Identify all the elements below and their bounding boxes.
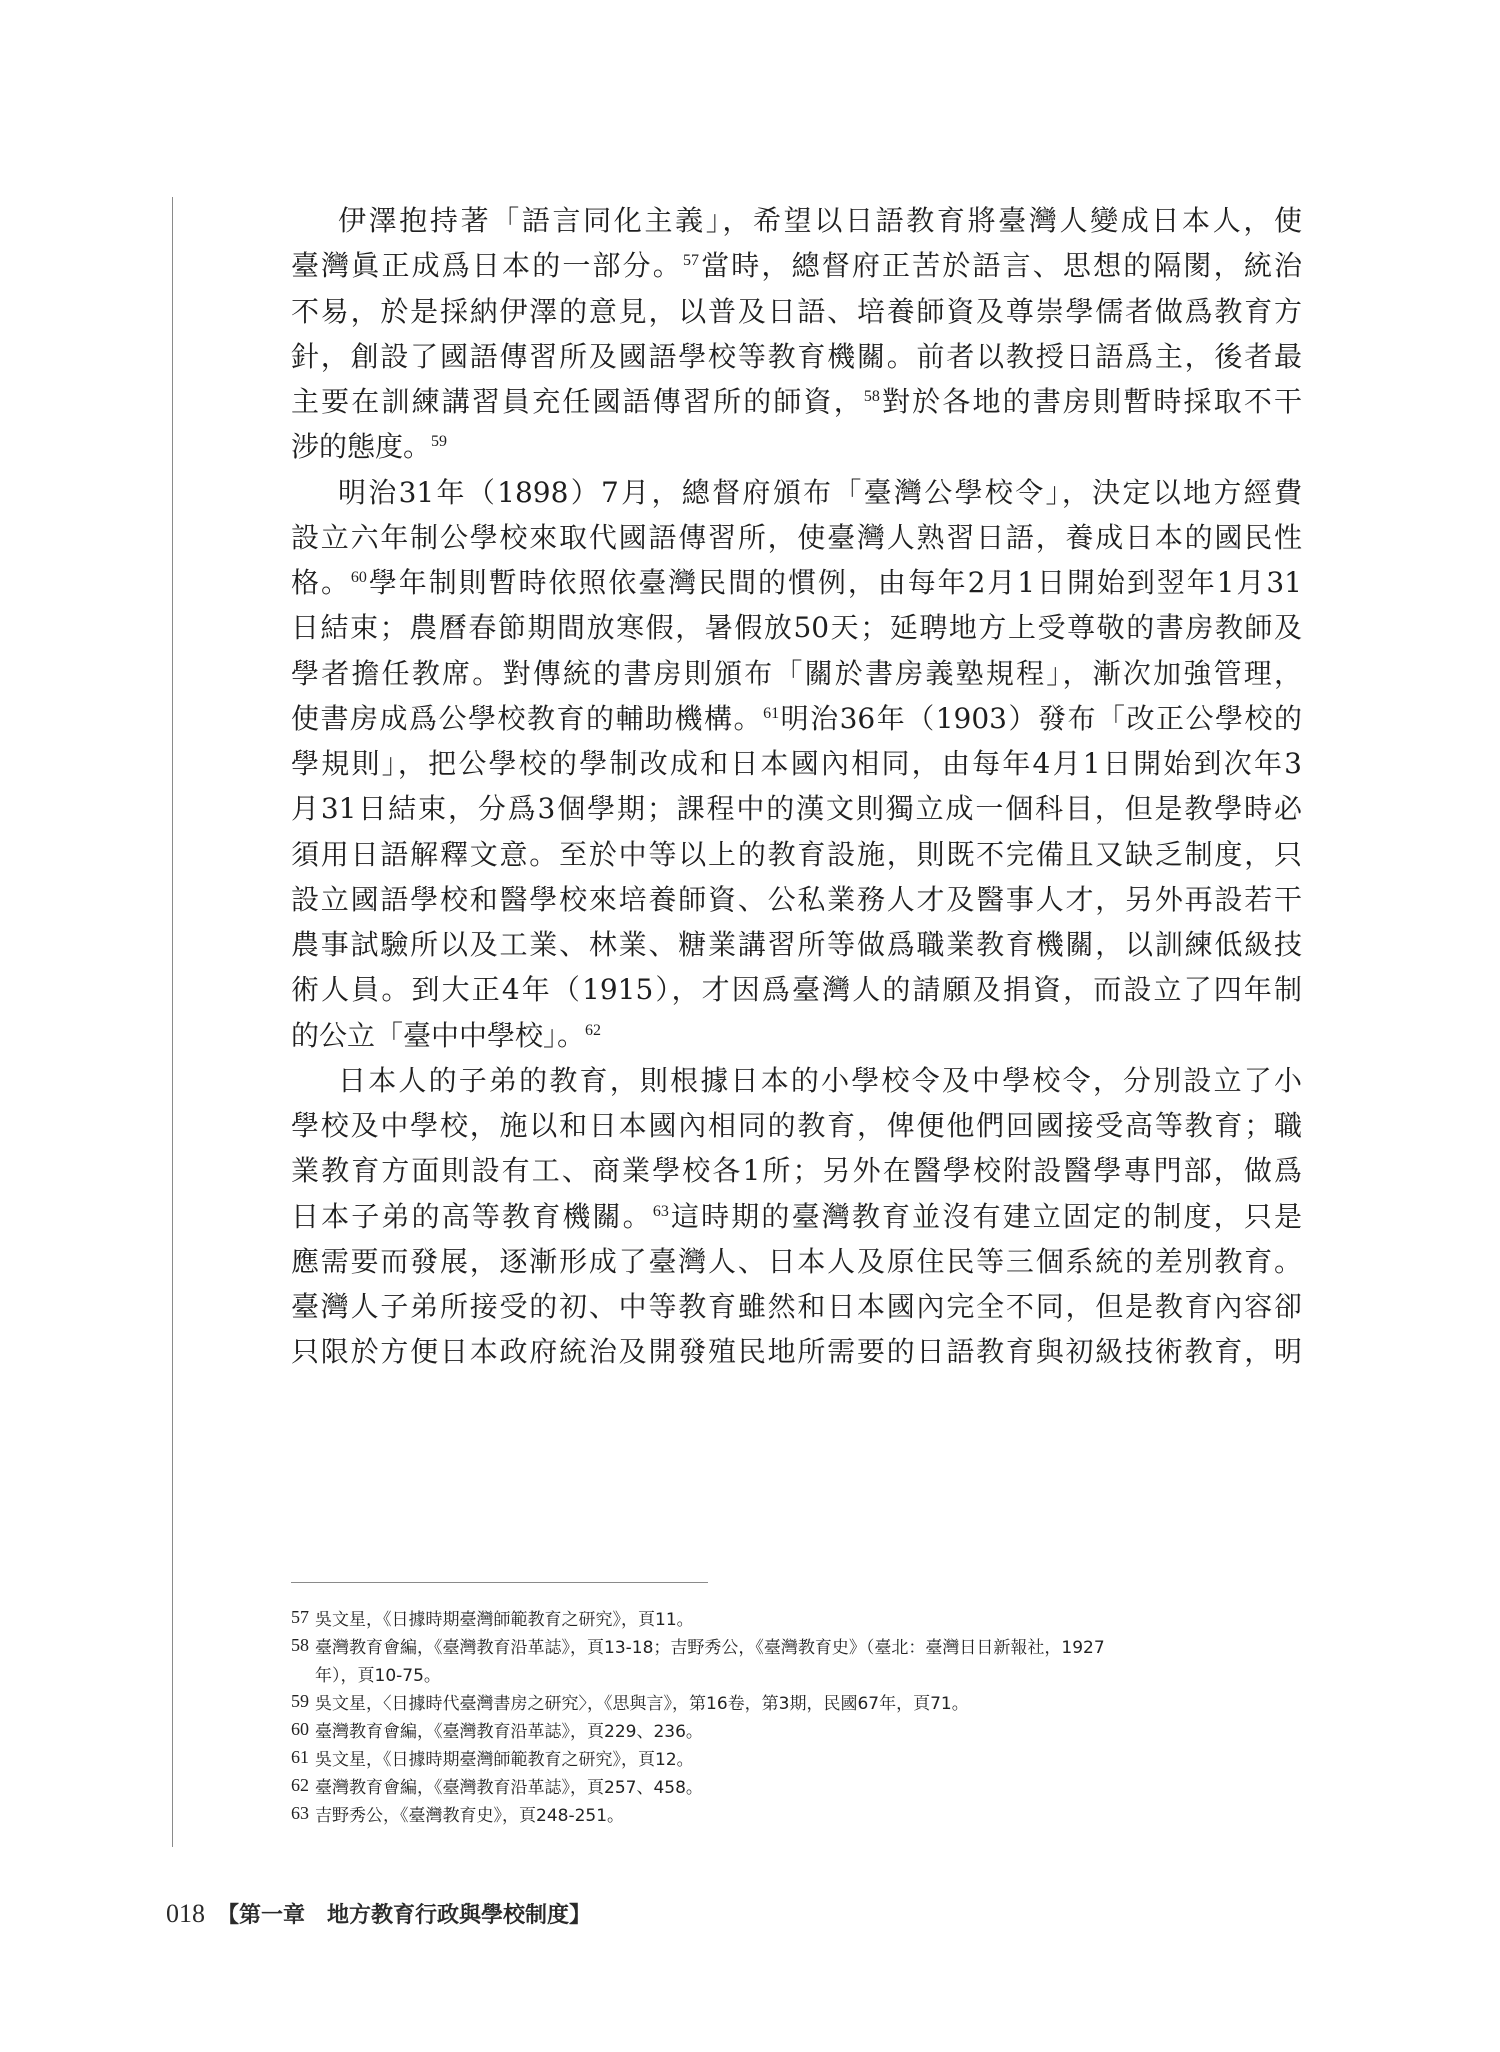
body-line: 涉的態度。59	[291, 424, 1302, 469]
footnote-number: 63	[291, 1799, 309, 1827]
footnote-text: 臺灣教育會編，《臺灣教育沿革誌》，頁257、458。	[315, 1774, 1301, 1802]
margin-rule	[172, 197, 173, 1847]
body-line-text: 只限於方便日本政府統治及開發殖民地所需要的日語教育與初級技術教育，明	[291, 1335, 1302, 1368]
body-line-text: 學者擔任教席。對傳統的書房則頒布「關於書房義塾規程」，漸次加強管理，	[291, 657, 1302, 690]
body-line: 不易，於是採納伊澤的意見，以普及日語、培養師資及尊崇學儒者做爲教育方	[291, 289, 1302, 334]
footnote-number: 59	[291, 1687, 309, 1715]
body-line: 設立國語學校和醫學校來培養師資、公私業務人才及醫事人才，另外再設若干	[291, 877, 1302, 922]
footnote-number: 61	[291, 1743, 309, 1771]
body-line-text: 對於各地的書房則暫時採取不干	[880, 385, 1302, 418]
body-line-text: 臺灣人子弟所接受的初、中等教育雖然和日本國內完全不同，但是教育內容卻	[291, 1290, 1302, 1323]
page-footer: 018 【第一章 地方教育行政與學校制度】	[166, 1898, 591, 1929]
body-line: 須用日語解釋文意。至於中等以上的教育設施，則既不完備且又缺乏制度，只	[291, 832, 1302, 877]
body-line-text: 學校及中學校，施以和日本國內相同的教育，俾便他們回國接受高等教育；職	[291, 1109, 1302, 1142]
body-line: 伊澤抱持著「語言同化主義」，希望以日語教育將臺灣人變成日本人，使	[291, 198, 1302, 243]
body-line-text: 使書房成爲公學校教育的輔助機構。	[291, 702, 763, 735]
footnote-separator	[291, 1582, 708, 1583]
body-line: 主要在訓練講習員充任國語傳習所的師資，58對於各地的書房則暫時採取不干	[291, 379, 1302, 424]
footnote-ref[interactable]: 59	[431, 433, 447, 450]
footnote-number: 57	[291, 1603, 309, 1631]
body-line: 格。60學年制則暫時依照依臺灣民間的慣例，由每年2月1日開始到翌年1月31	[291, 560, 1302, 605]
body-line-text: 學年制則暫時依照依臺灣民間的慣例，由每年2月1日開始到翌年1月31	[367, 566, 1302, 599]
footnote-ref[interactable]: 63	[653, 1203, 669, 1220]
body-line-text: 伊澤抱持著「語言同化主義」，希望以日語教育將臺灣人變成日本人，使	[338, 204, 1302, 237]
body-line: 學規則」，把公學校的學制改成和日本國內相同，由每年4月1日開始到次年3	[291, 741, 1302, 786]
body-line-text: 設立國語學校和醫學校來培養師資、公私業務人才及醫事人才，另外再設若干	[291, 883, 1302, 916]
body-line-text: 設立六年制公學校來取代國語傳習所，使臺灣人熟習日語，養成日本的國民性	[291, 521, 1302, 554]
body-line-text: 格。	[291, 566, 351, 599]
footnote-number: 62	[291, 1771, 309, 1799]
footnote-text: 臺灣教育會編，《臺灣教育沿革誌》，頁229、236。	[315, 1718, 1301, 1746]
footnote-text: 吳文星，〈日據時代臺灣書房之研究〉，《思與言》，第16卷，第3期，民國67年，頁…	[315, 1690, 1301, 1718]
body-line: 學者擔任教席。對傳統的書房則頒布「關於書房義塾規程」，漸次加強管理，	[291, 651, 1302, 696]
body-line: 日本子弟的高等教育機關。63這時期的臺灣教育並沒有建立固定的制度，只是	[291, 1194, 1302, 1239]
footnote-text: 吳文星，《日據時期臺灣師範教育之研究》，頁11。	[315, 1606, 1301, 1634]
body-line-text: 業教育方面則設有工、商業學校各1所；另外在醫學校附設醫學專門部，做爲	[291, 1154, 1302, 1187]
body-line: 農事試驗所以及工業、林業、糖業講習所等做爲職業教育機關，以訓練低級技	[291, 922, 1302, 967]
body-line: 針，創設了國語傳習所及國語學校等教育機關。前者以教授日語爲主，後者最	[291, 334, 1302, 379]
body-line: 臺灣人子弟所接受的初、中等教育雖然和日本國內完全不同，但是教育內容卻	[291, 1284, 1302, 1329]
body-text: 伊澤抱持著「語言同化主義」，希望以日語教育將臺灣人變成日本人，使臺灣眞正成爲日本…	[291, 198, 1302, 1375]
footnote-item: 58臺灣教育會編，《臺灣教育沿革誌》，頁13-18；吉野秀公，《臺灣教育史》（臺…	[291, 1634, 1301, 1690]
footnote-text: 吳文星，《日據時期臺灣師範教育之研究》，頁12。	[315, 1746, 1301, 1774]
footnote-item: 60臺灣教育會編，《臺灣教育沿革誌》，頁229、236。	[291, 1718, 1301, 1746]
body-line: 的公立「臺中中學校」。62	[291, 1013, 1302, 1058]
body-line-text: 主要在訓練講習員充任國語傳習所的師資，	[291, 385, 864, 418]
body-line-text: 術人員。到大正4年（1915），才因爲臺灣人的請願及捐資，而設立了四年制	[291, 973, 1302, 1006]
footnote-item: 63吉野秀公，《臺灣教育史》，頁248-251。	[291, 1802, 1301, 1830]
body-line-text: 日本子弟的高等教育機關。	[291, 1200, 653, 1233]
body-line-text: 當時，總督府正苦於語言、思想的隔閡，統治	[699, 249, 1302, 282]
body-line: 日本人的子弟的教育，則根據日本的小學校令及中學校令，分別設立了小	[291, 1058, 1302, 1103]
body-line-text: 月31日結束，分爲3個學期；課程中的漢文則獨立成一個科目，但是教學時必	[291, 792, 1302, 825]
body-line: 臺灣眞正成爲日本的一部分。57當時，總督府正苦於語言、思想的隔閡，統治	[291, 243, 1302, 288]
body-line-text: 應需要而發展，逐漸形成了臺灣人、日本人及原住民等三個系統的差別教育。	[291, 1245, 1302, 1278]
body-line: 應需要而發展，逐漸形成了臺灣人、日本人及原住民等三個系統的差別教育。	[291, 1239, 1302, 1284]
footnote-text-continued: 年），頁10-75。	[315, 1662, 1301, 1690]
body-line-text: 日本人的子弟的教育，則根據日本的小學校令及中學校令，分別設立了小	[338, 1064, 1302, 1097]
body-line-text: 這時期的臺灣教育並沒有建立固定的制度，只是	[669, 1200, 1302, 1233]
footnote-number: 60	[291, 1715, 309, 1743]
body-line: 明治31年（1898）7月，總督府頒布「臺灣公學校令」，決定以地方經費	[291, 470, 1302, 515]
footnote-ref[interactable]: 61	[763, 705, 779, 722]
body-line-text: 涉的態度。	[291, 430, 431, 463]
body-line: 只限於方便日本政府統治及開發殖民地所需要的日語教育與初級技術教育，明	[291, 1329, 1302, 1374]
footnote-item: 62臺灣教育會編，《臺灣教育沿革誌》，頁257、458。	[291, 1774, 1301, 1802]
footnotes: 57吳文星，《日據時期臺灣師範教育之研究》，頁11。58臺灣教育會編，《臺灣教育…	[291, 1606, 1301, 1830]
footnote-text: 吉野秀公，《臺灣教育史》，頁248-251。	[315, 1802, 1301, 1830]
body-line-text: 的公立「臺中中學校」。	[291, 1019, 585, 1052]
body-line: 日結束；農曆春節期間放寒假，暑假放50天；延聘地方上受尊敬的書房教師及	[291, 605, 1302, 650]
footnote-item: 59吳文星，〈日據時代臺灣書房之研究〉，《思與言》，第16卷，第3期，民國67年…	[291, 1690, 1301, 1718]
body-line-text: 不易，於是採納伊澤的意見，以普及日語、培養師資及尊崇學儒者做爲教育方	[291, 295, 1302, 328]
footnote-ref[interactable]: 60	[351, 569, 367, 586]
footnote-ref[interactable]: 57	[683, 252, 699, 269]
footnote-ref[interactable]: 58	[864, 388, 880, 405]
body-line: 月31日結束，分爲3個學期；課程中的漢文則獨立成一個科目，但是教學時必	[291, 786, 1302, 831]
body-line: 術人員。到大正4年（1915），才因爲臺灣人的請願及捐資，而設立了四年制	[291, 967, 1302, 1012]
body-line-text: 明治36年（1903）發布「改正公學校的	[779, 702, 1302, 735]
footnote-ref[interactable]: 62	[585, 1022, 601, 1039]
body-line: 業教育方面則設有工、商業學校各1所；另外在醫學校附設醫學專門部，做爲	[291, 1148, 1302, 1193]
body-line-text: 臺灣眞正成爲日本的一部分。	[291, 249, 683, 282]
body-line-text: 農事試驗所以及工業、林業、糖業講習所等做爲職業教育機關，以訓練低級技	[291, 928, 1302, 961]
footnote-number: 58	[291, 1631, 309, 1659]
body-line-text: 學規則」，把公學校的學制改成和日本國內相同，由每年4月1日開始到次年3	[291, 747, 1302, 780]
body-line: 設立六年制公學校來取代國語傳習所，使臺灣人熟習日語，養成日本的國民性	[291, 515, 1302, 560]
running-footer-chapter: 【第一章 地方教育行政與學校制度】	[217, 1902, 591, 1928]
body-line-text: 明治31年（1898）7月，總督府頒布「臺灣公學校令」，決定以地方經費	[338, 476, 1302, 509]
footnote-item: 57吳文星，《日據時期臺灣師範教育之研究》，頁11。	[291, 1606, 1301, 1634]
body-line: 學校及中學校，施以和日本國內相同的教育，俾便他們回國接受高等教育；職	[291, 1103, 1302, 1148]
body-line: 使書房成爲公學校教育的輔助機構。61明治36年（1903）發布「改正公學校的	[291, 696, 1302, 741]
body-line-text: 須用日語解釋文意。至於中等以上的教育設施，則既不完備且又缺乏制度，只	[291, 838, 1302, 871]
page-number: 018	[166, 1899, 205, 1928]
footnote-text: 臺灣教育會編，《臺灣教育沿革誌》，頁13-18；吉野秀公，《臺灣教育史》（臺北：…	[315, 1634, 1301, 1662]
body-line-text: 針，創設了國語傳習所及國語學校等教育機關。前者以教授日語爲主，後者最	[291, 340, 1302, 373]
body-line-text: 日結束；農曆春節期間放寒假，暑假放50天；延聘地方上受尊敬的書房教師及	[291, 611, 1302, 644]
footnote-item: 61吳文星，《日據時期臺灣師範教育之研究》，頁12。	[291, 1746, 1301, 1774]
